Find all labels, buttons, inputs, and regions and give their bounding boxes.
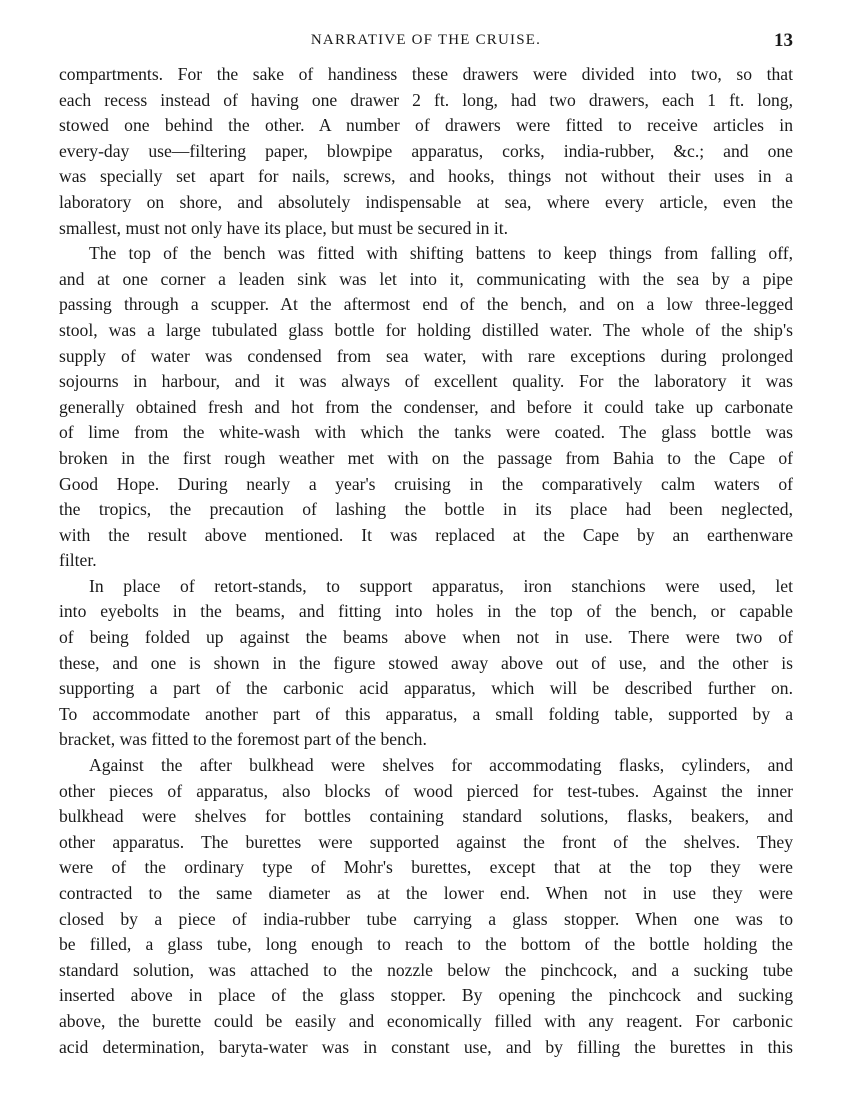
paragraph: Against the after bulkhead were shelves … <box>59 753 793 1060</box>
text-line: standard solution, was attached to the n… <box>59 958 793 984</box>
text-line: broken in the first rough weather met wi… <box>59 446 793 472</box>
text-line: supporting a part of the carbonic acid a… <box>59 676 793 702</box>
text-line: other apparatus. The burettes were suppo… <box>59 830 793 856</box>
text-line: generally obtained fresh and hot from th… <box>59 395 793 421</box>
text-line: The top of the bench was fitted with shi… <box>59 241 793 267</box>
text-line: every-day use—filtering paper, blowpipe … <box>59 139 793 165</box>
text-line: stowed one behind the other. A number of… <box>59 113 793 139</box>
page-number: 13 <box>774 30 793 52</box>
text-line: passing through a scupper. At the afterm… <box>59 292 793 318</box>
text-line: sojourns in harbour, and it was always o… <box>59 369 793 395</box>
body-text: compartments. For the sake of handiness … <box>59 62 793 1060</box>
text-line: supply of water was condensed from sea w… <box>59 344 793 370</box>
text-line: were of the ordinary type of Mohr's bure… <box>59 855 793 881</box>
text-line: closed by a piece of india-rubber tube c… <box>59 907 793 933</box>
paragraph: In place of retort-stands, to support ap… <box>59 574 793 753</box>
document-page: NARRATIVE OF THE CRUISE. 13 compartments… <box>0 0 850 1100</box>
text-line: laboratory on shore, and absolutely indi… <box>59 190 793 216</box>
text-line: acid determination, baryta-water was in … <box>59 1035 793 1061</box>
running-title: NARRATIVE OF THE CRUISE. <box>59 32 793 49</box>
text-line: stool, was a large tubulated glass bottl… <box>59 318 793 344</box>
text-line: of lime from the white-wash with which t… <box>59 420 793 446</box>
text-line: be filled, a glass tube, long enough to … <box>59 932 793 958</box>
text-line: each recess instead of having one drawer… <box>59 88 793 114</box>
text-line: filter. <box>59 548 793 574</box>
text-line: Against the after bulkhead were shelves … <box>59 753 793 779</box>
text-line: smallest, must not only have its place, … <box>59 216 793 242</box>
text-line: was specially set apart for nails, screw… <box>59 164 793 190</box>
text-line: inserted above in place of the glass sto… <box>59 983 793 1009</box>
running-head: NARRATIVE OF THE CRUISE. 13 <box>59 30 793 52</box>
text-line: bulkhead were shelves for bottles contai… <box>59 804 793 830</box>
text-line: above, the burette could be easily and e… <box>59 1009 793 1035</box>
paragraph: compartments. For the sake of handiness … <box>59 62 793 241</box>
text-line: these, and one is shown in the figure st… <box>59 651 793 677</box>
text-line: contracted to the same diameter as at th… <box>59 881 793 907</box>
text-line: of being folded up against the beams abo… <box>59 625 793 651</box>
text-line: To accommodate another part of this appa… <box>59 702 793 728</box>
text-line: the tropics, the precaution of lashing t… <box>59 497 793 523</box>
text-line: other pieces of apparatus, also blocks o… <box>59 779 793 805</box>
text-line: In place of retort-stands, to support ap… <box>59 574 793 600</box>
text-line: and at one corner a leaden sink was let … <box>59 267 793 293</box>
text-line: bracket, was fitted to the foremost part… <box>59 727 793 753</box>
text-line: compartments. For the sake of handiness … <box>59 62 793 88</box>
text-line: into eyebolts in the beams, and fitting … <box>59 599 793 625</box>
paragraph: The top of the bench was fitted with shi… <box>59 241 793 574</box>
text-line: with the result above mentioned. It was … <box>59 523 793 549</box>
text-line: Good Hope. During nearly a year's cruisi… <box>59 472 793 498</box>
